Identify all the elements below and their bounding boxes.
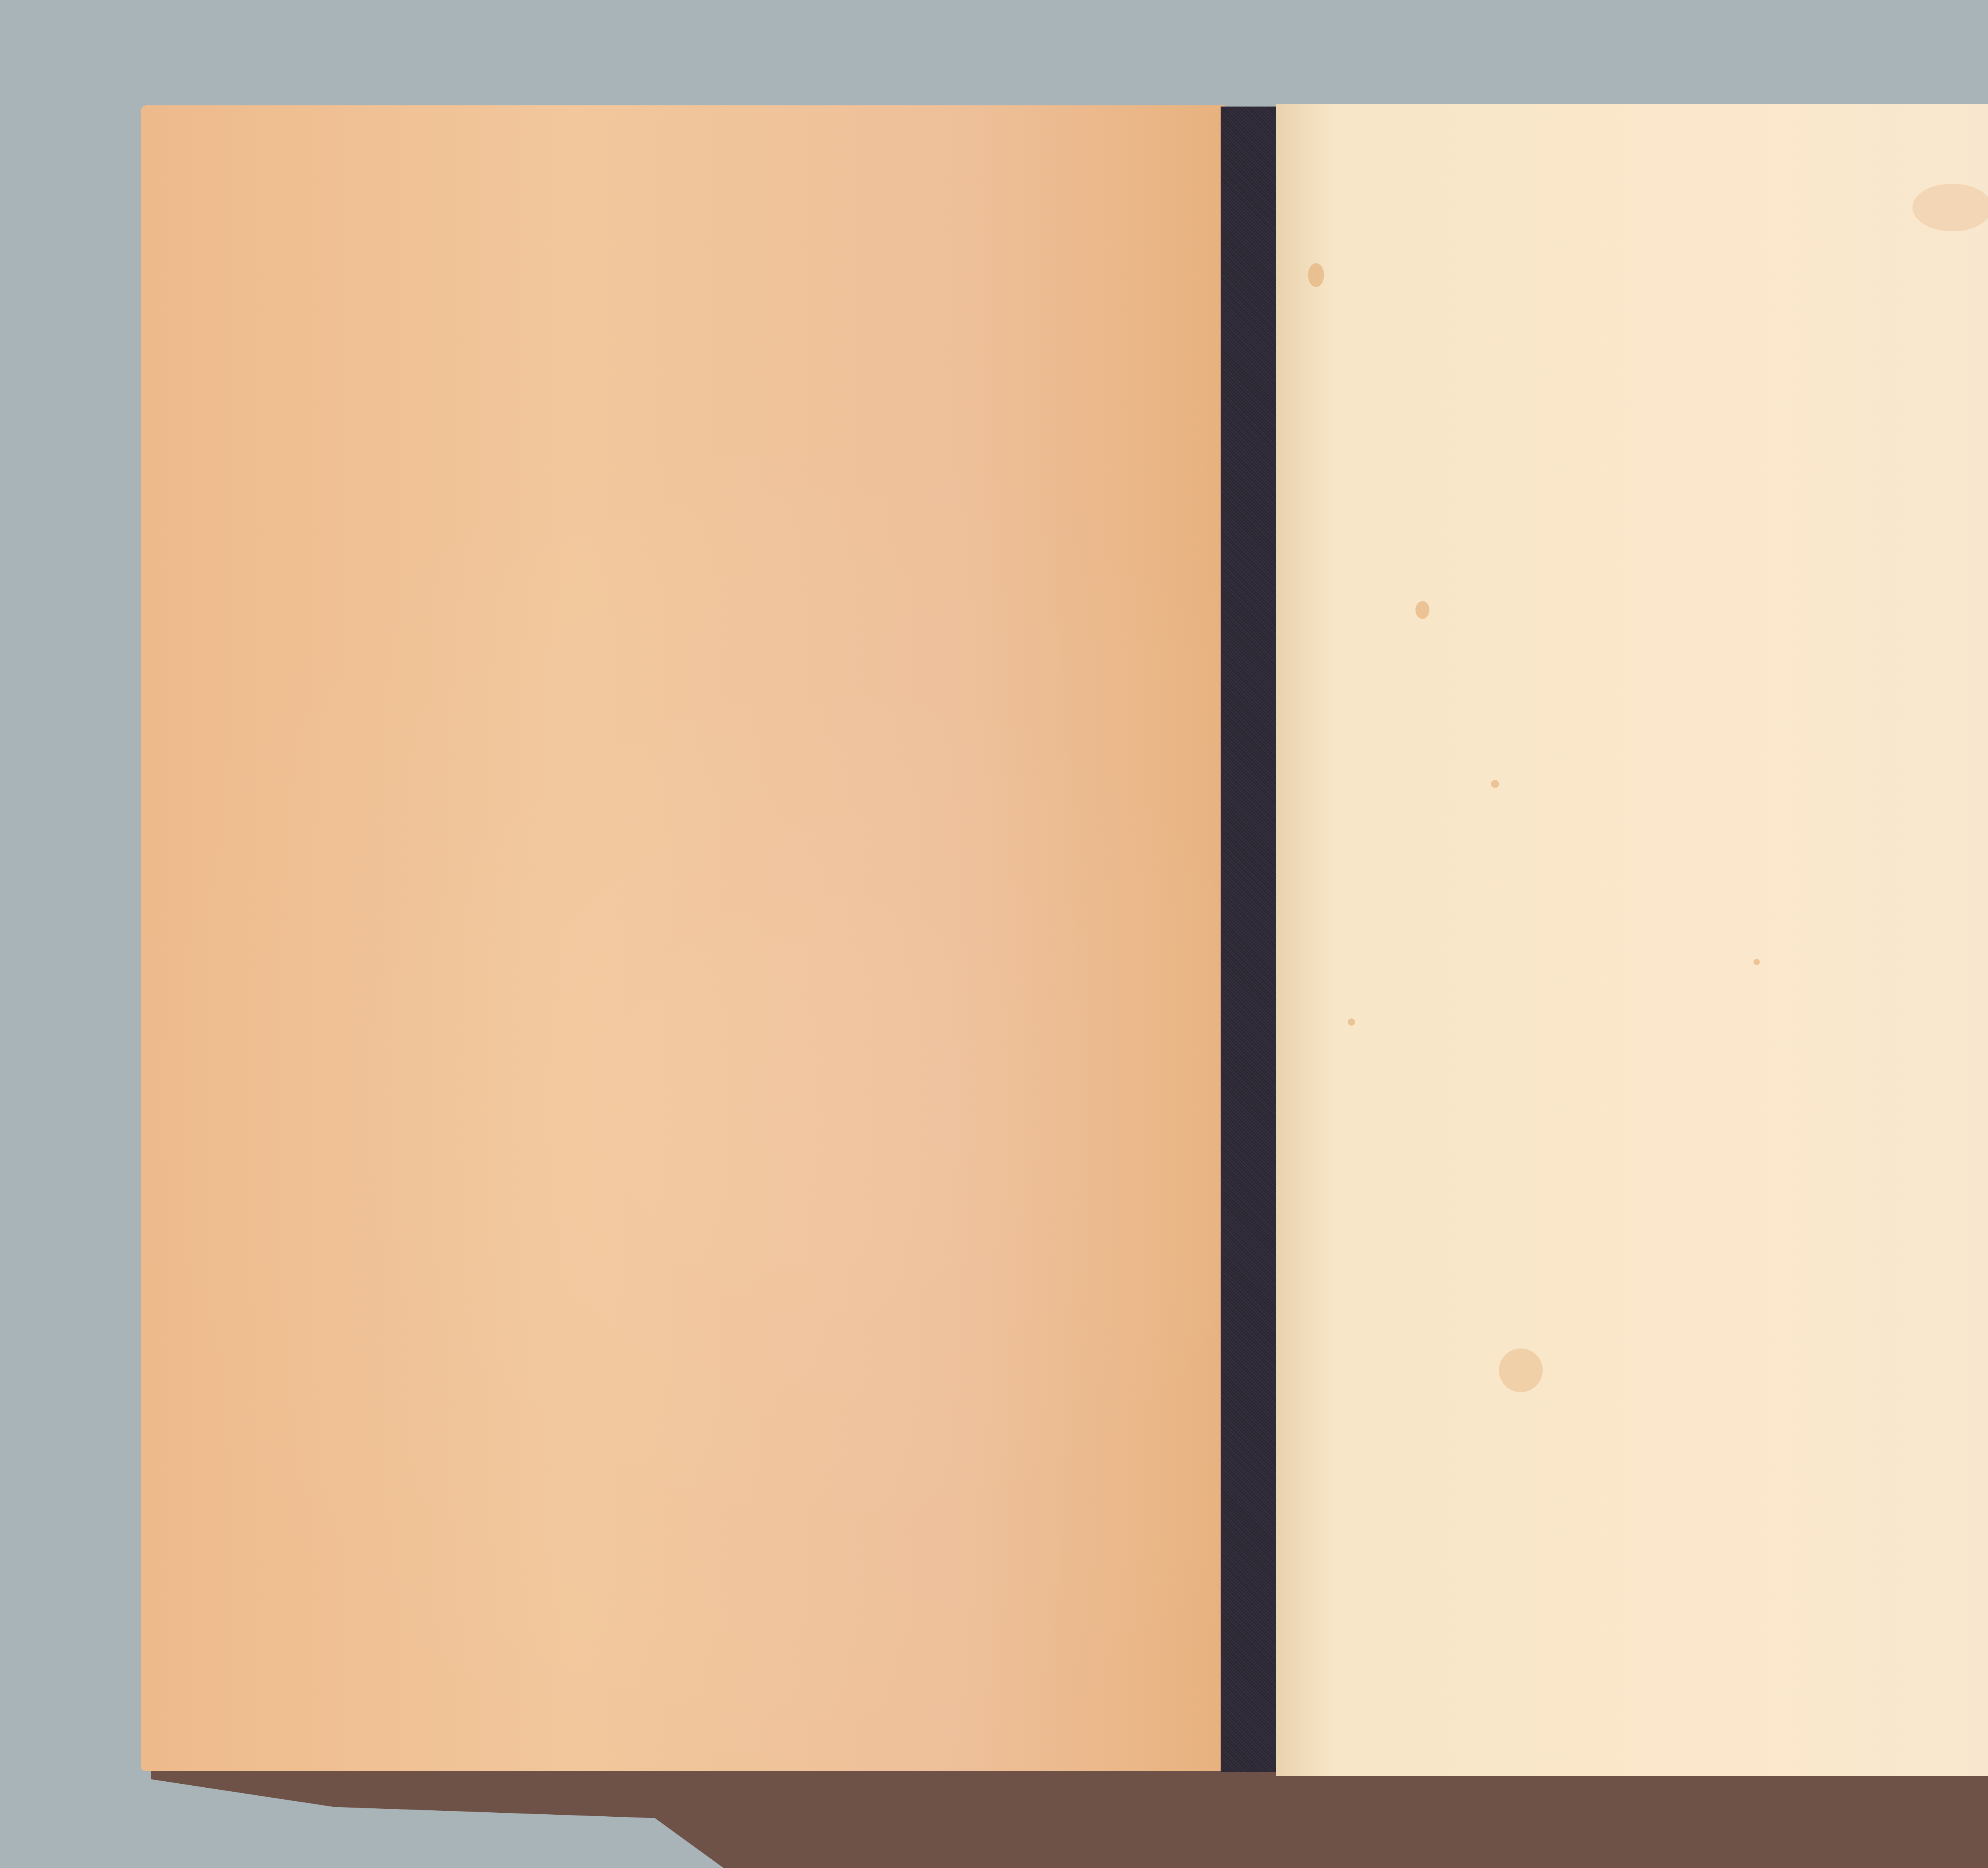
foxing-spot	[1491, 780, 1499, 788]
foxing-spot	[1348, 1018, 1355, 1026]
foxing-spot	[1415, 601, 1429, 619]
foxing-spot	[1753, 959, 1760, 965]
foxing-spot	[1308, 263, 1324, 287]
foxing-spot	[1912, 184, 1988, 231]
foxing-spot	[1499, 1348, 1543, 1392]
book-spine: Dark textured spine	[1221, 107, 1276, 1772]
right-page: First page (blank, foxed)	[1276, 104, 1988, 1776]
left-cover-page: Inside front cover (blank)	[141, 105, 1225, 1771]
